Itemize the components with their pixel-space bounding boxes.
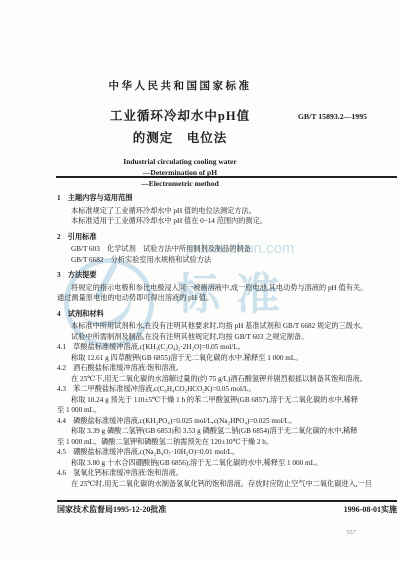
clause-4-5: 4.5 硼酸盐标准缓冲溶液,c(Na₂B₄O₇·10H₂O)=0.01 mol/… [57,447,397,458]
clause-4-4-detail-1: 称取 3.39 g 磷酸二氢钾(GB 6853)和 3.53 g 磷酸氢二钠(G… [57,426,397,437]
page-number: 557 [346,529,356,536]
title-english-line1: Industrial circulating cooling water [40,157,320,166]
title-chinese-line2: 的测定 电位法 [40,128,320,146]
clause-4-6: 4.6 氢氧化钙标准缓冲溶液:饱和溶液。 [57,468,397,479]
clause-4-2-detail: 在 25℃下,用无二氧化碳的水溶解过量的(约 75 g/L)酒石酸氢钾并剧烈振摇… [57,374,397,385]
clause-4-5-detail: 称取 3.80 g 十水合四硼酸钠(GB 6856),溶于无二氧化碳的水中,稀释… [57,458,397,469]
standard-number: GB/T 15893.2—1995 [298,112,367,121]
reference-gb6682: GB/T 6682 分析实验室用水规格和试验方法 [57,255,397,266]
title-chinese-line1: 工业循环冷却水中pH值 [40,106,320,124]
heading-reagents: 4 试剂和材料 [57,309,397,320]
implementation-text: 1996-08-01实施 [344,504,397,515]
clause-4-3-detail-2: 至 1 000 mL。 [57,405,397,416]
approval-text: 国家技术监督局1995-12-20批准 [57,504,166,515]
title-english-line3: —Electrometric method [40,179,320,188]
para-method-1: 将规定的指示电极和参比电极浸入同一被测溶液中,成一原电池,其电动势与溶液的 pH… [57,283,397,294]
header-rule [56,176,397,178]
para-method-2: 通过测量原电池的电动势即可得出溶液的 pH 值。 [57,293,397,304]
clause-4-3-detail-1: 称取 10.24 g 预先于 110±5℃干燥 1 h 的苯二甲酸氢钾(GB 6… [57,395,397,406]
heading-references: 2 引用标准 [57,232,397,243]
national-standard-label: 中华人民共和国国家标准 [40,78,320,93]
para-reagents-intro-2: 试验中所需制剂及制品,在没有注明其他规定时,均按 GB/T 603 之规定制备。 [57,332,397,343]
clause-4-1-detail: 称取 12.61 g 四草酸钾(GB 6855)溶于无二氧化碳的水中,稀释至 1… [57,353,397,364]
footer-rule [57,500,397,502]
para-reagents-intro-1: 本标准中所用试剂和水,在没有注明其他要求时,均指 pH 基准试剂和 GB/T 6… [57,321,397,332]
clause-4-4-detail-2: 至 1 000 mL。磷酸二氢钾和磷酸氢二钠需预先在 120±10℃干燥 2 h… [57,437,397,448]
para-scope-1: 本标准规定了工业循环冷却水中 pH 值的电位法测定方法。 [57,206,397,217]
clause-4-2: 4.2 酒石酸盐标准缓冲溶液:饱和溶液。 [57,363,397,374]
clause-4-3: 4.3 苯二甲酸盐标准缓冲溶液,c(C₆H₄CO₂HCO₂K)=0.05 mol… [57,384,397,395]
clause-4-1: 4.1 草酸盐标准缓冲溶液,c[KH₃(C₂O₄)₂·2H₂O]=0.05 mo… [57,342,397,353]
clause-4-4: 4.4 磷酸盐标准缓冲溶液,c(KH₂PO₄)=0.025 mol/L,c(Na… [57,416,397,427]
para-scope-2: 本标准适用于工业循环冷却水中 pH 值在 0~14 范围内的测定。 [57,216,397,227]
clause-4-6-detail: 在 25℃时,用无二氧化碳的水制备氢氧化钙的饱和溶液。存放时应防止空气中二氧化碳… [57,479,397,490]
footer: 国家技术监督局1995-12-20批准 1996-08-01实施 [57,504,397,515]
document-body: 1 主题内容与适用范围 本标准规定了工业循环冷却水中 pH 值的电位法测定方法。… [57,188,397,489]
document-header: 中华人民共和国国家标准 工业循环冷却水中pH值 的测定 电位法 Industri… [40,0,320,188]
reference-gb603: GB/T 603 化学试剂 试验方法中所用制剂及制品的制备 [57,244,397,255]
standard-document-page: jinbiaozhun.com 标准 中华人民共和国国家标准 工业循环冷却水中p… [0,0,400,561]
heading-scope: 1 主题内容与适用范围 [57,193,397,204]
heading-method-summary: 3 方法提要 [57,270,397,281]
